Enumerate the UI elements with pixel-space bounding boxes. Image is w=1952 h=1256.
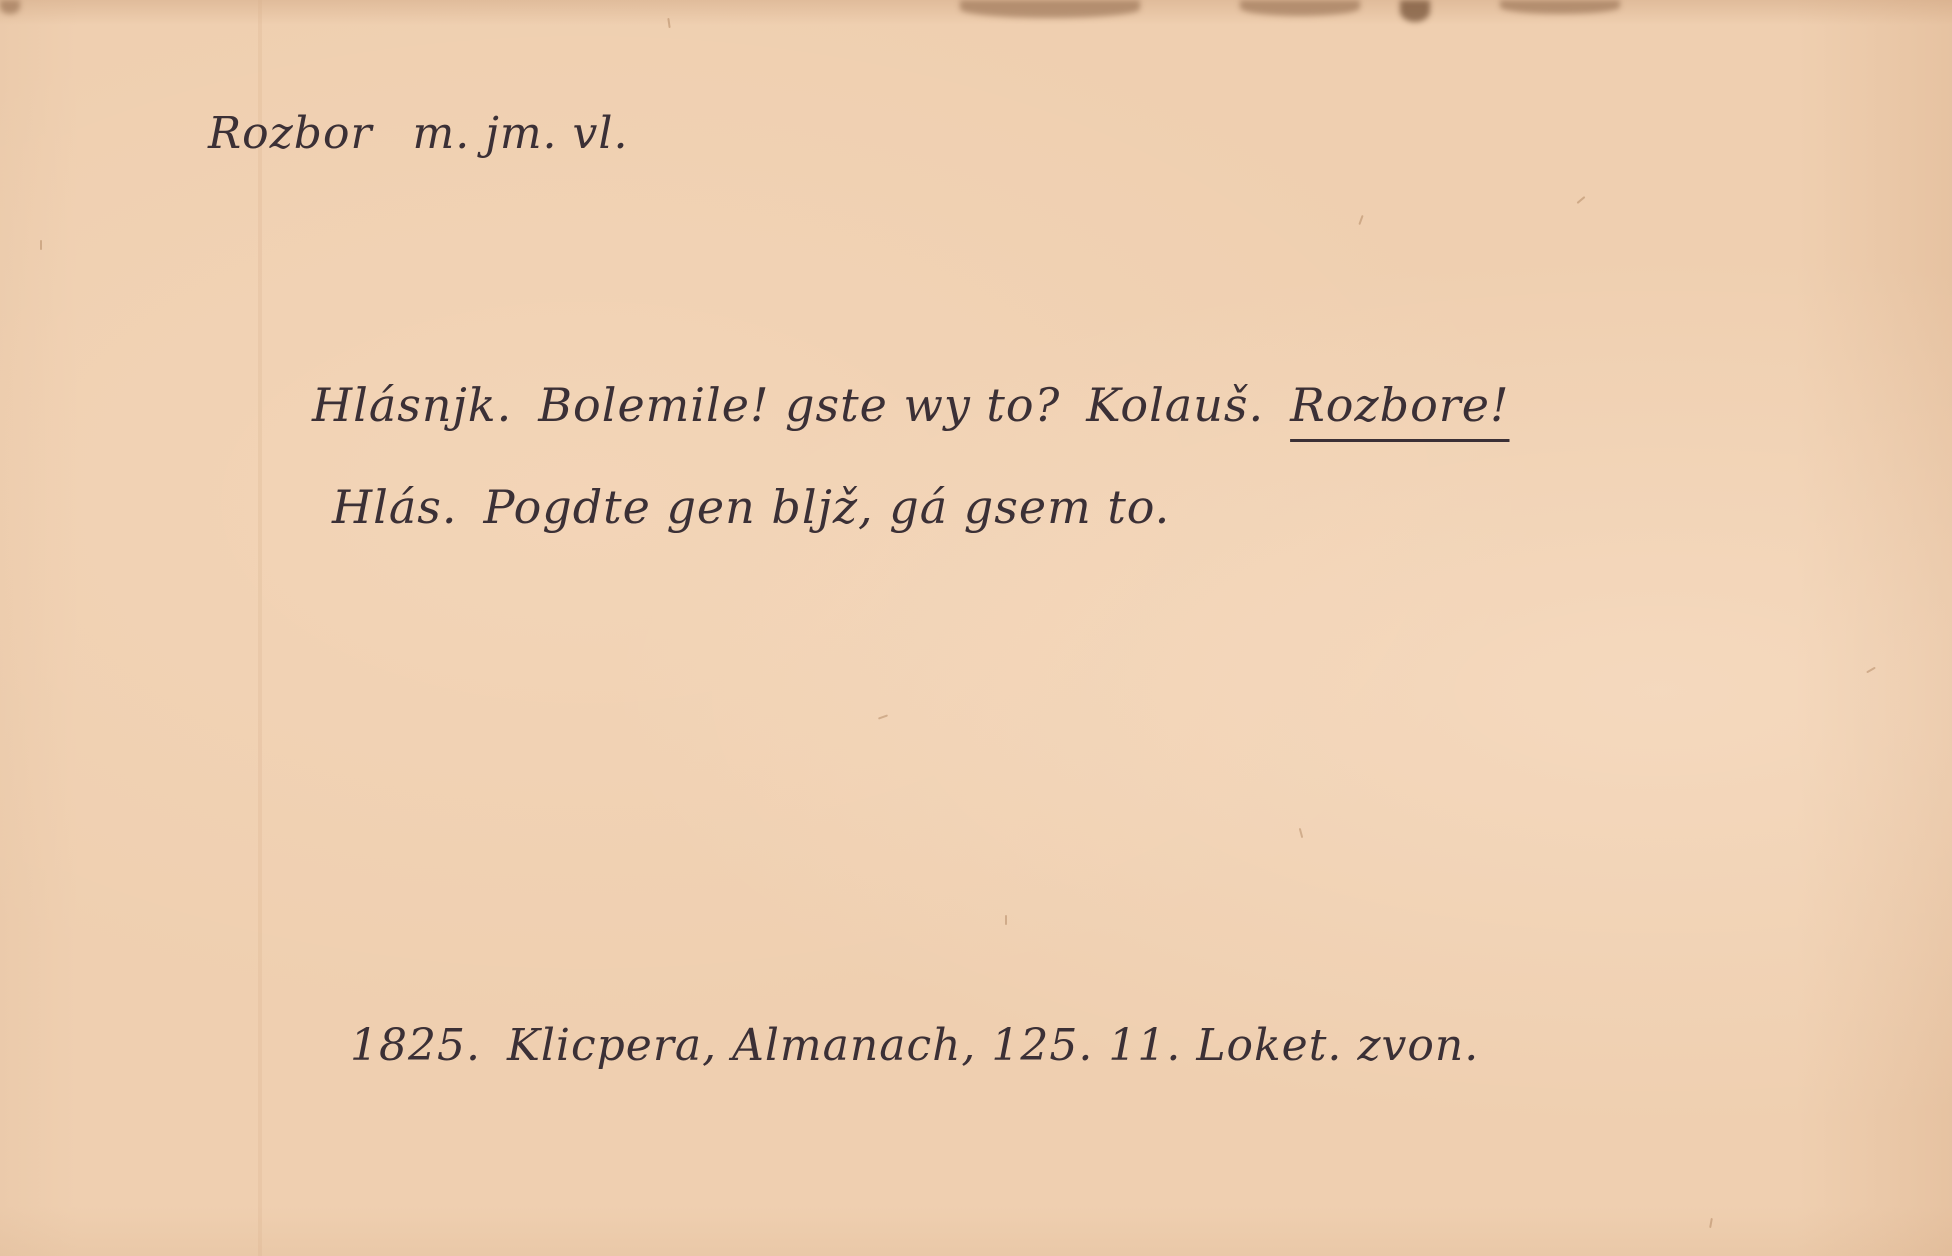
quote-line-1: Hlásnjk.Bolemile! gste wy to?Kolauš.Rozb… (312, 378, 1510, 432)
paper-fleck (1299, 828, 1304, 838)
edge-stain (1400, 0, 1430, 22)
paper-fleck (1709, 1218, 1713, 1228)
grammar-label: m. jm. vl. (413, 108, 629, 159)
paper-fleck (40, 240, 42, 250)
quote-text: Bolemile! gste wy to? (538, 378, 1060, 432)
paper-fold-line (258, 0, 262, 1256)
source-reference: Klicpera, Almanach, 125. 11. Loket. zvon… (507, 1020, 1479, 1071)
quote-line-2: Hlás.Pogdte gen bljž, gá gsem to. (332, 480, 1170, 534)
speaker-label: Kolauš. (1086, 378, 1264, 432)
speaker-label: Hlás. (332, 480, 457, 534)
edge-stain (1240, 0, 1360, 16)
paper-fleck (878, 714, 888, 719)
edge-stain (960, 0, 1140, 18)
paper-fleck (1005, 915, 1007, 925)
card-heading: Rozborm. jm. vl. (208, 108, 628, 159)
underlined-headword: Rozbore! (1290, 378, 1509, 432)
edge-stain (1500, 0, 1620, 14)
source-citation: 1825.Klicpera, Almanach, 125. 11. Loket.… (350, 1020, 1479, 1071)
paper-fleck (667, 18, 670, 28)
paper-fleck (1866, 667, 1876, 674)
source-year: 1825. (350, 1020, 481, 1071)
index-card: Rozborm. jm. vl. Hlásnjk.Bolemile! gste … (0, 0, 1952, 1256)
edge-stain (0, 0, 20, 14)
paper-fleck (1577, 196, 1586, 204)
quote-text: Pogdte gen bljž, gá gsem to. (483, 480, 1170, 534)
speaker-label: Hlásnjk. (312, 378, 512, 432)
headword: Rozbor (208, 108, 373, 159)
paper-fleck (1358, 215, 1363, 225)
